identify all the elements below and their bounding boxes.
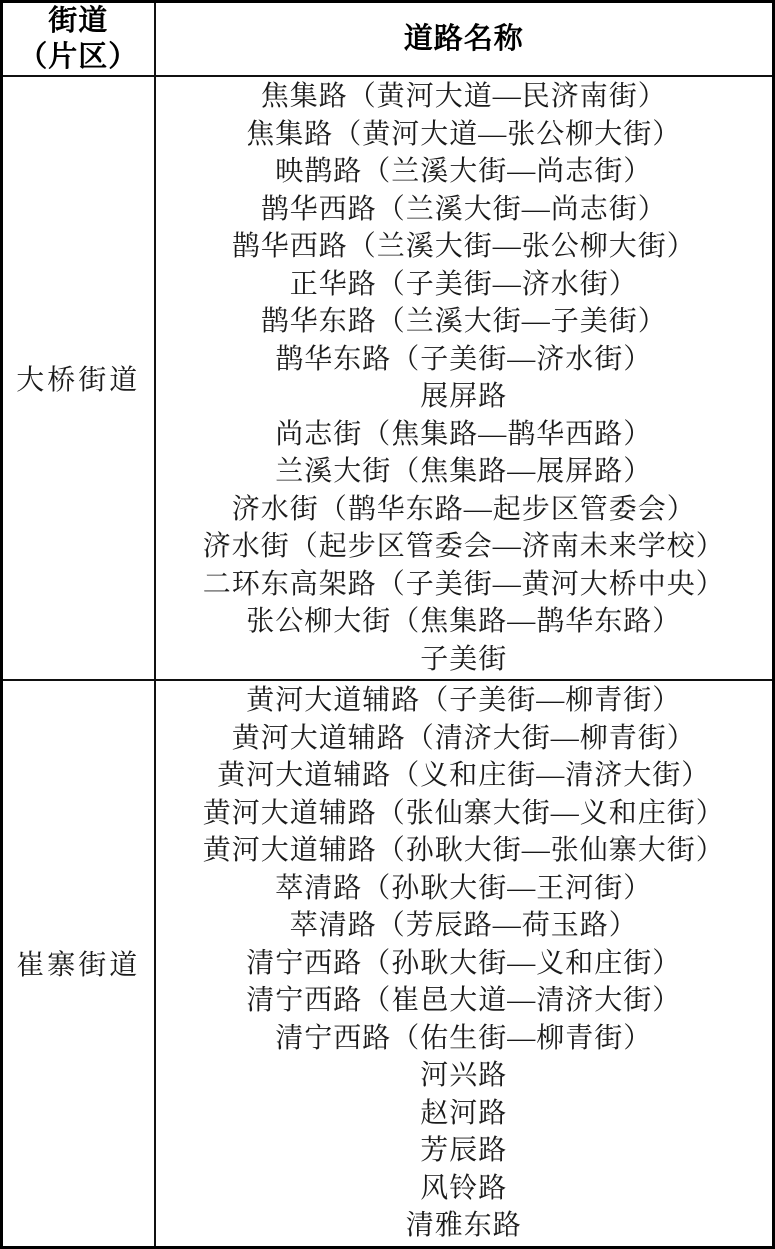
road-item: 黄河大道辅路（张仙寨大街—义和庄街）	[156, 795, 773, 833]
road-item: 焦集路（黄河大道—张公柳大街）	[156, 116, 773, 154]
table-row-daqiao: 大桥街道 焦集路（黄河大道—民济南街）焦集路（黄河大道—张公柳大街）映鹊路（兰溪…	[2, 76, 774, 680]
road-item: 焦集路（黄河大道—民济南街）	[156, 78, 773, 116]
road-item: 清雅东路	[156, 1207, 773, 1245]
road-item: 黄河大道辅路（子美街—柳青街）	[156, 682, 773, 720]
road-item: 黄河大道辅路（孙耿大街—张仙寨大街）	[156, 832, 773, 870]
street-cell-daqiao: 大桥街道	[2, 76, 155, 680]
road-list: 黄河大道辅路（子美街—柳青街）黄河大道辅路（清济大街—柳青街）黄河大道辅路（义和…	[156, 681, 773, 1246]
road-item: 萃清路（芳辰路—荷玉路）	[156, 907, 773, 945]
header-street-district: 街道 （片区）	[2, 2, 155, 77]
road-item: 二环东高架路（子美街—黄河大桥中央）	[156, 566, 773, 604]
road-item: 芳辰路	[156, 1132, 773, 1170]
road-item: 济水街（鹊华东路—起步区管委会）	[156, 491, 773, 529]
road-item: 张公柳大街（焦集路—鹊华东路）	[156, 603, 773, 641]
road-item: 鹊华西路（兰溪大街—尚志街）	[156, 191, 773, 229]
road-item: 鹊华东路（兰溪大街—子美街）	[156, 303, 773, 341]
road-item: 黄河大道辅路（清济大街—柳青街）	[156, 720, 773, 758]
roads-cell-daqiao: 焦集路（黄河大道—民济南街）焦集路（黄河大道—张公柳大街）映鹊路（兰溪大街—尚志…	[155, 76, 774, 680]
roads-cell-cuizhai: 黄河大道辅路（子美街—柳青街）黄河大道辅路（清济大街—柳青街）黄河大道辅路（义和…	[155, 680, 774, 1247]
road-item: 济水街（起步区管委会—济南未来学校）	[156, 528, 773, 566]
header-road-name: 道路名称	[155, 2, 774, 77]
road-item: 展屏路	[156, 378, 773, 416]
road-item: 子美街	[156, 641, 773, 679]
road-item: 河兴路	[156, 1057, 773, 1095]
road-item: 鹊华西路（兰溪大街—张公柳大街）	[156, 228, 773, 266]
street-road-table: 街道 （片区） 道路名称 大桥街道 焦集路（黄河大道—民济南街）焦集路（黄河大道…	[0, 0, 775, 1249]
road-item: 映鹊路（兰溪大街—尚志街）	[156, 153, 773, 191]
road-item: 尚志街（焦集路—鹊华西路）	[156, 416, 773, 454]
table-row-cuizhai: 崔寨街道 黄河大道辅路（子美街—柳青街）黄河大道辅路（清济大街—柳青街）黄河大道…	[2, 680, 774, 1247]
road-item: 萃清路（孙耿大街—王河街）	[156, 870, 773, 908]
header-row: 街道 （片区） 道路名称	[2, 2, 774, 77]
road-item: 黄河大道辅路（义和庄街—清济大街）	[156, 757, 773, 795]
road-item: 鹊华东路（子美街—济水街）	[156, 341, 773, 379]
road-item: 兰溪大街（焦集路—展屏路）	[156, 453, 773, 491]
road-item: 清宁西路（佑生街—柳青街）	[156, 1020, 773, 1058]
road-list: 焦集路（黄河大道—民济南街）焦集路（黄河大道—张公柳大街）映鹊路（兰溪大街—尚志…	[156, 77, 773, 679]
road-item: 正华路（子美街—济水街）	[156, 266, 773, 304]
road-item: 清宁西路（孙耿大街—义和庄街）	[156, 945, 773, 983]
street-cell-cuizhai: 崔寨街道	[2, 680, 155, 1247]
road-item: 风铃路	[156, 1170, 773, 1208]
road-item: 赵河路	[156, 1095, 773, 1133]
road-item: 清宁西路（崔邑大道—清济大街）	[156, 982, 773, 1020]
